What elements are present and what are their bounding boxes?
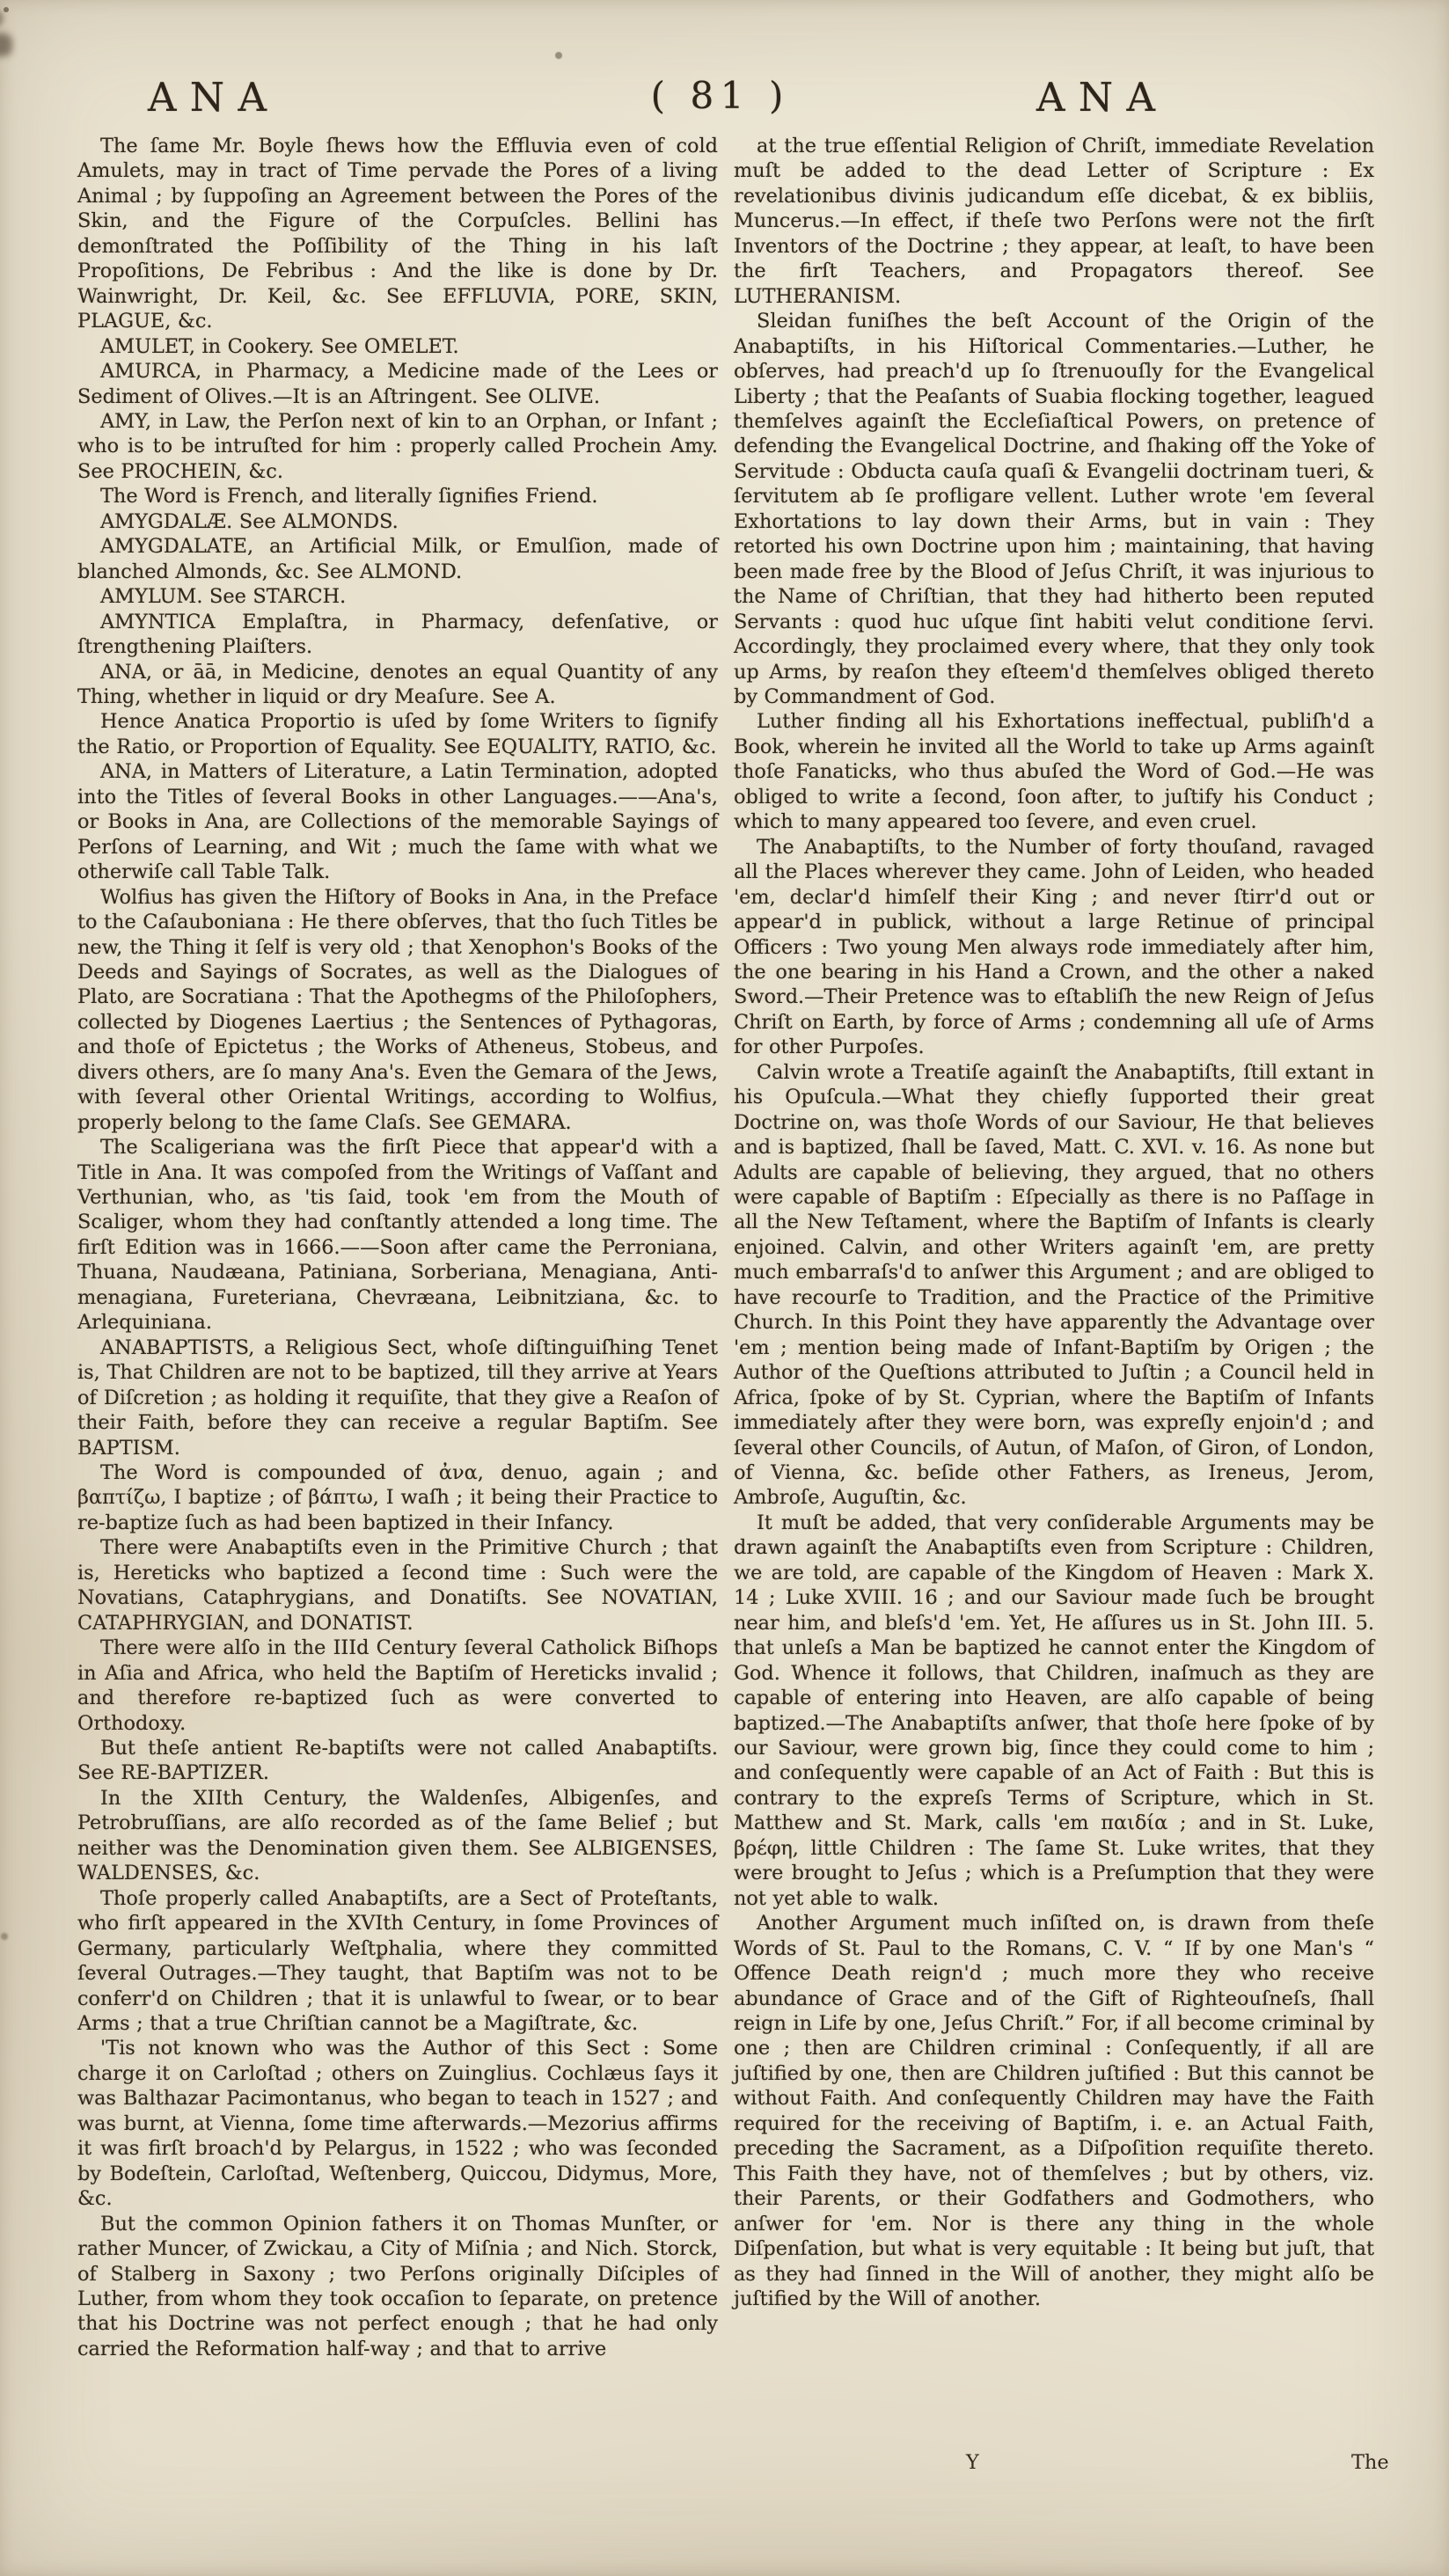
paragraph: The Word is French, and literally ſignif…: [77, 484, 718, 509]
paragraph: The ſame Mr. Boyle ſhews how the Effluvi…: [77, 134, 718, 334]
running-head-right-title: ANA: [1036, 74, 1168, 121]
paragraph: 'Tis not known who was the Author of thi…: [77, 2036, 718, 2211]
catchword: The: [1351, 2451, 1389, 2474]
page-number: ( 81 ): [651, 74, 790, 117]
paragraph: The Scaligeriana was the firſt Piece tha…: [77, 1135, 718, 1336]
paragraph: ANA, in Matters of Literature, a Latin T…: [77, 759, 718, 884]
running-head-left-title: ANA: [148, 74, 280, 121]
paragraph: In the XIIth Century, the Waldenſes, Alb…: [77, 1786, 718, 1886]
paragraph: AMYGDALATE, an Artificial Milk, or Emulſ…: [77, 534, 718, 584]
paragraph: Thoſe properly called Anabaptiſts, are a…: [77, 1886, 718, 2037]
signature-mark: Y: [966, 2451, 980, 2474]
paragraph: Hence Anatica Proportio is uſed by ſome …: [77, 709, 718, 759]
running-head: ANA ( 81 ) ANA: [0, 74, 1449, 127]
left-column: The ſame Mr. Boyle ſhews how the Effluvi…: [77, 134, 718, 2361]
paragraph: But theſe antient Re-baptiſts were not c…: [77, 1736, 718, 1786]
paragraph: There were alſo in the IIId Century ſeve…: [77, 1636, 718, 1736]
paragraph: AMURCA, in Pharmacy, a Medicine made of …: [77, 359, 718, 409]
paragraph: AMYGDALÆ. See ALMONDS.: [77, 509, 718, 534]
paragraph: AMULET, in Cookery. See OMELET.: [77, 334, 718, 359]
paragraph: The Word is compounded of ἀνα, denuo, ag…: [77, 1460, 718, 1535]
paragraph: Another Argument much inſiſted on, is dr…: [734, 1911, 1374, 2311]
paragraph: ANA, or āā, in Medicine, denotes an equa…: [77, 660, 718, 710]
paragraph: Sleidan funiſhes the beſt Account of the…: [734, 309, 1374, 709]
book-page: ANA ( 81 ) ANA The ſame Mr. Boyle ſhews …: [0, 0, 1449, 2576]
paragraph: There were Anabaptiſts even in the Primi…: [77, 1535, 718, 1636]
paragraph: at the true eſſential Religion of Chriſt…: [734, 134, 1374, 309]
paragraph: It muſt be added, that very conſiderable…: [734, 1511, 1374, 1911]
paragraph: AMYLUM. See STARCH.: [77, 584, 718, 609]
paragraph: AMY, in Law, the Perſon next of kin to a…: [77, 409, 718, 484]
page-footer: Y The: [77, 2451, 1374, 2486]
ink-speck: [4, 7, 9, 12]
paragraph: AMYNTICA Emplaſtra, in Pharmacy, defenſa…: [77, 610, 718, 660]
right-column: at the true eſſential Religion of Chriſt…: [734, 134, 1374, 2361]
paragraph: Calvin wrote a Treatiſe againſt the Anab…: [734, 1060, 1374, 1511]
paragraph: Wolfius has given the Hiſtory of Books i…: [77, 885, 718, 1136]
paragraph: ANABAPTISTS, a Religious Sect, whoſe diſ…: [77, 1336, 718, 1460]
paragraph: Luther finding all his Exhortations inef…: [734, 709, 1374, 834]
paragraph: But the common Opinion fathers it on Tho…: [77, 2212, 718, 2362]
text-block: The ſame Mr. Boyle ſhews how the Effluvi…: [77, 134, 1374, 2361]
paragraph: The Anabaptiſts, to the Number of forty …: [734, 835, 1374, 1060]
